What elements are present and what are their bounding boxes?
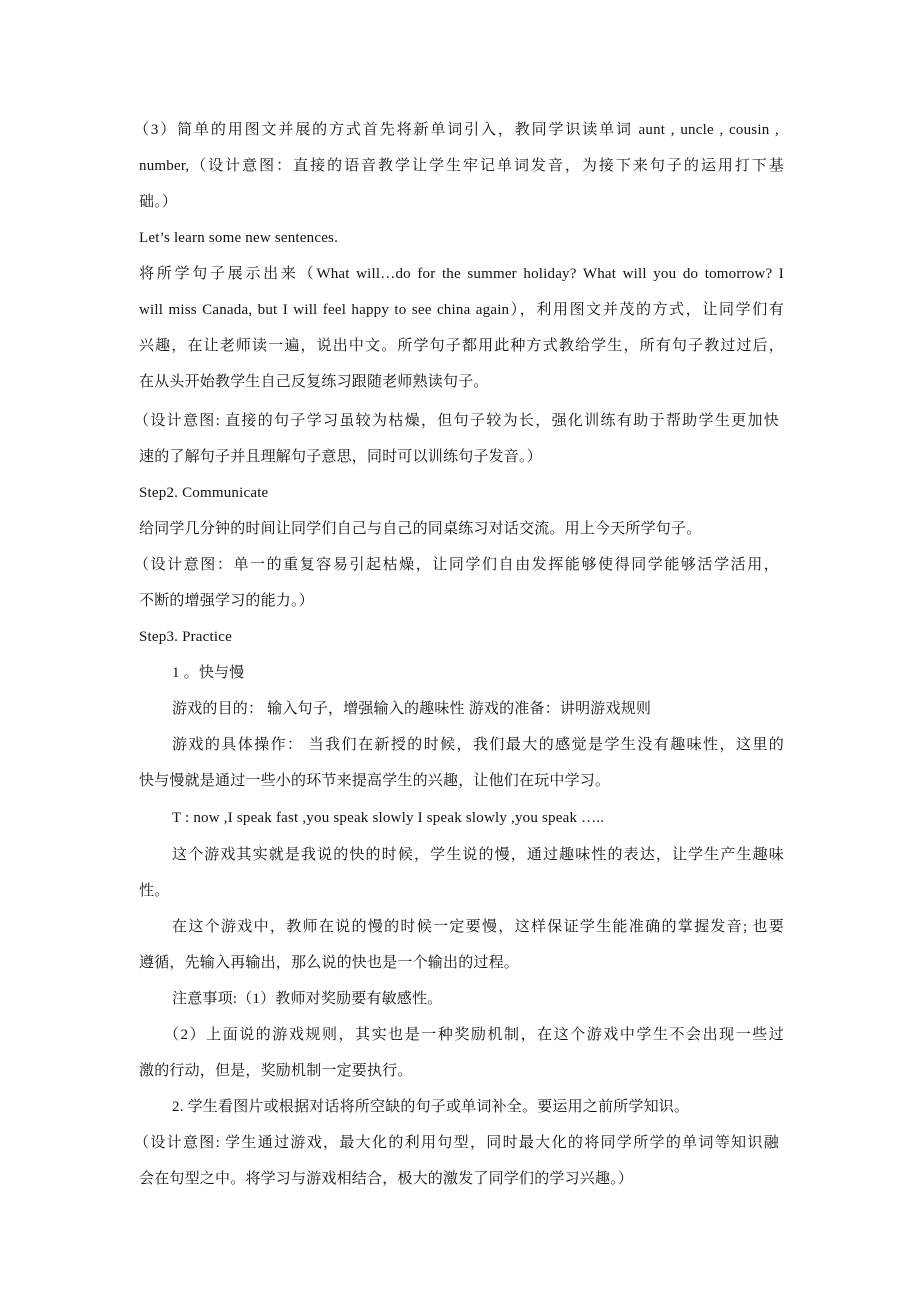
- text-line: （3）简单的用图文并展的方式首先将新单词引入，教同学识读单词 aunt , un…: [134, 120, 779, 140]
- document-page: （3）简单的用图文并展的方式首先将新单词引入，教同学识读单词 aunt , un…: [0, 0, 920, 1302]
- text-line: （2）上面说的游戏规则，其实也是一种奖励机制，在这个游戏中学生不会出现一些过: [164, 1025, 784, 1045]
- text-line: 兴趣，在让老师读一遍，说出中文。所学句子都用此种方式教给学生，所有句子教过过后，: [139, 336, 784, 356]
- text-line: （设计意图: 学生通过游戏，最大化的利用句型，同时最大化的将同学所学的单词等知识…: [134, 1133, 779, 1153]
- text-line: 2. 学生看图片或根据对话将所空缺的句子或单词补全。要运用之前所学知识。: [172, 1097, 817, 1117]
- text-line: 会在句型之中。将学习与游戏相结合，极大的激发了同学们的学习兴趣。）: [139, 1169, 784, 1189]
- text-line: 1 。快与慢: [172, 663, 817, 683]
- text-line: （设计意图: 直接的句子学习虽较为枯燥，但句子较为长，强化训练有助于帮助学生更加…: [134, 411, 779, 431]
- text-line: 不断的增强学习的能力。）: [139, 591, 784, 611]
- text-line: 在这个游戏中，教师在说的慢的时候一定要慢，这样保证学生能准确的掌握发音; 也要: [172, 917, 784, 937]
- text-line: T : now ,I speak fast ,you speak slowly …: [172, 808, 817, 828]
- text-line: （设计意图：单一的重复容易引起枯燥，让同学们自由发挥能够使得同学能够活学活用，: [134, 555, 779, 575]
- text-line: Let’s learn some new sentences.: [139, 228, 784, 248]
- text-line: 遵循，先输入再输出，那么说的快也是一个输出的过程。: [139, 953, 784, 973]
- text-line: 将所学句子展示出来（What will…do for the summer ho…: [139, 264, 784, 284]
- text-line: number,（设计意图：直接的语音教学让学生牢记单词发音，为接下来句子的运用打…: [139, 156, 784, 176]
- text-line: 础。）: [139, 192, 784, 212]
- text-line: 性。: [139, 881, 784, 901]
- text-line: 这个游戏其实就是我说的快的时候，学生说的慢，通过趣味性的表达，让学生产生趣味: [172, 845, 784, 865]
- text-line: 注意事项:（1）教师对奖励要有敏感性。: [172, 989, 817, 1009]
- text-line: Step3. Practice: [139, 627, 784, 647]
- text-line: 快与慢就是通过一些小的环节来提高学生的兴趣，让他们在玩中学习。: [139, 771, 784, 791]
- text-line: 激的行动，但是，奖励机制一定要执行。: [139, 1061, 784, 1081]
- text-line: 在从头开始教学生自己反复练习跟随老师熟读句子。: [139, 372, 784, 392]
- text-line: 速的了解句子并且理解句子意思，同时可以训练句子发音。）: [139, 447, 784, 467]
- text-line: 游戏的目的： 输入句子，增强输入的趣味性 游戏的准备：讲明游戏规则: [172, 699, 817, 719]
- text-line: Step2. Communicate: [139, 483, 784, 503]
- text-line: will miss Canada, but I will feel happy …: [139, 300, 784, 320]
- text-line: 给同学几分钟的时间让同学们自己与自己的同桌练习对话交流。用上今天所学句子。: [139, 519, 784, 539]
- text-line: 游戏的具体操作： 当我们在新授的时候，我们最大的感觉是学生没有趣味性，这里的: [172, 735, 784, 755]
